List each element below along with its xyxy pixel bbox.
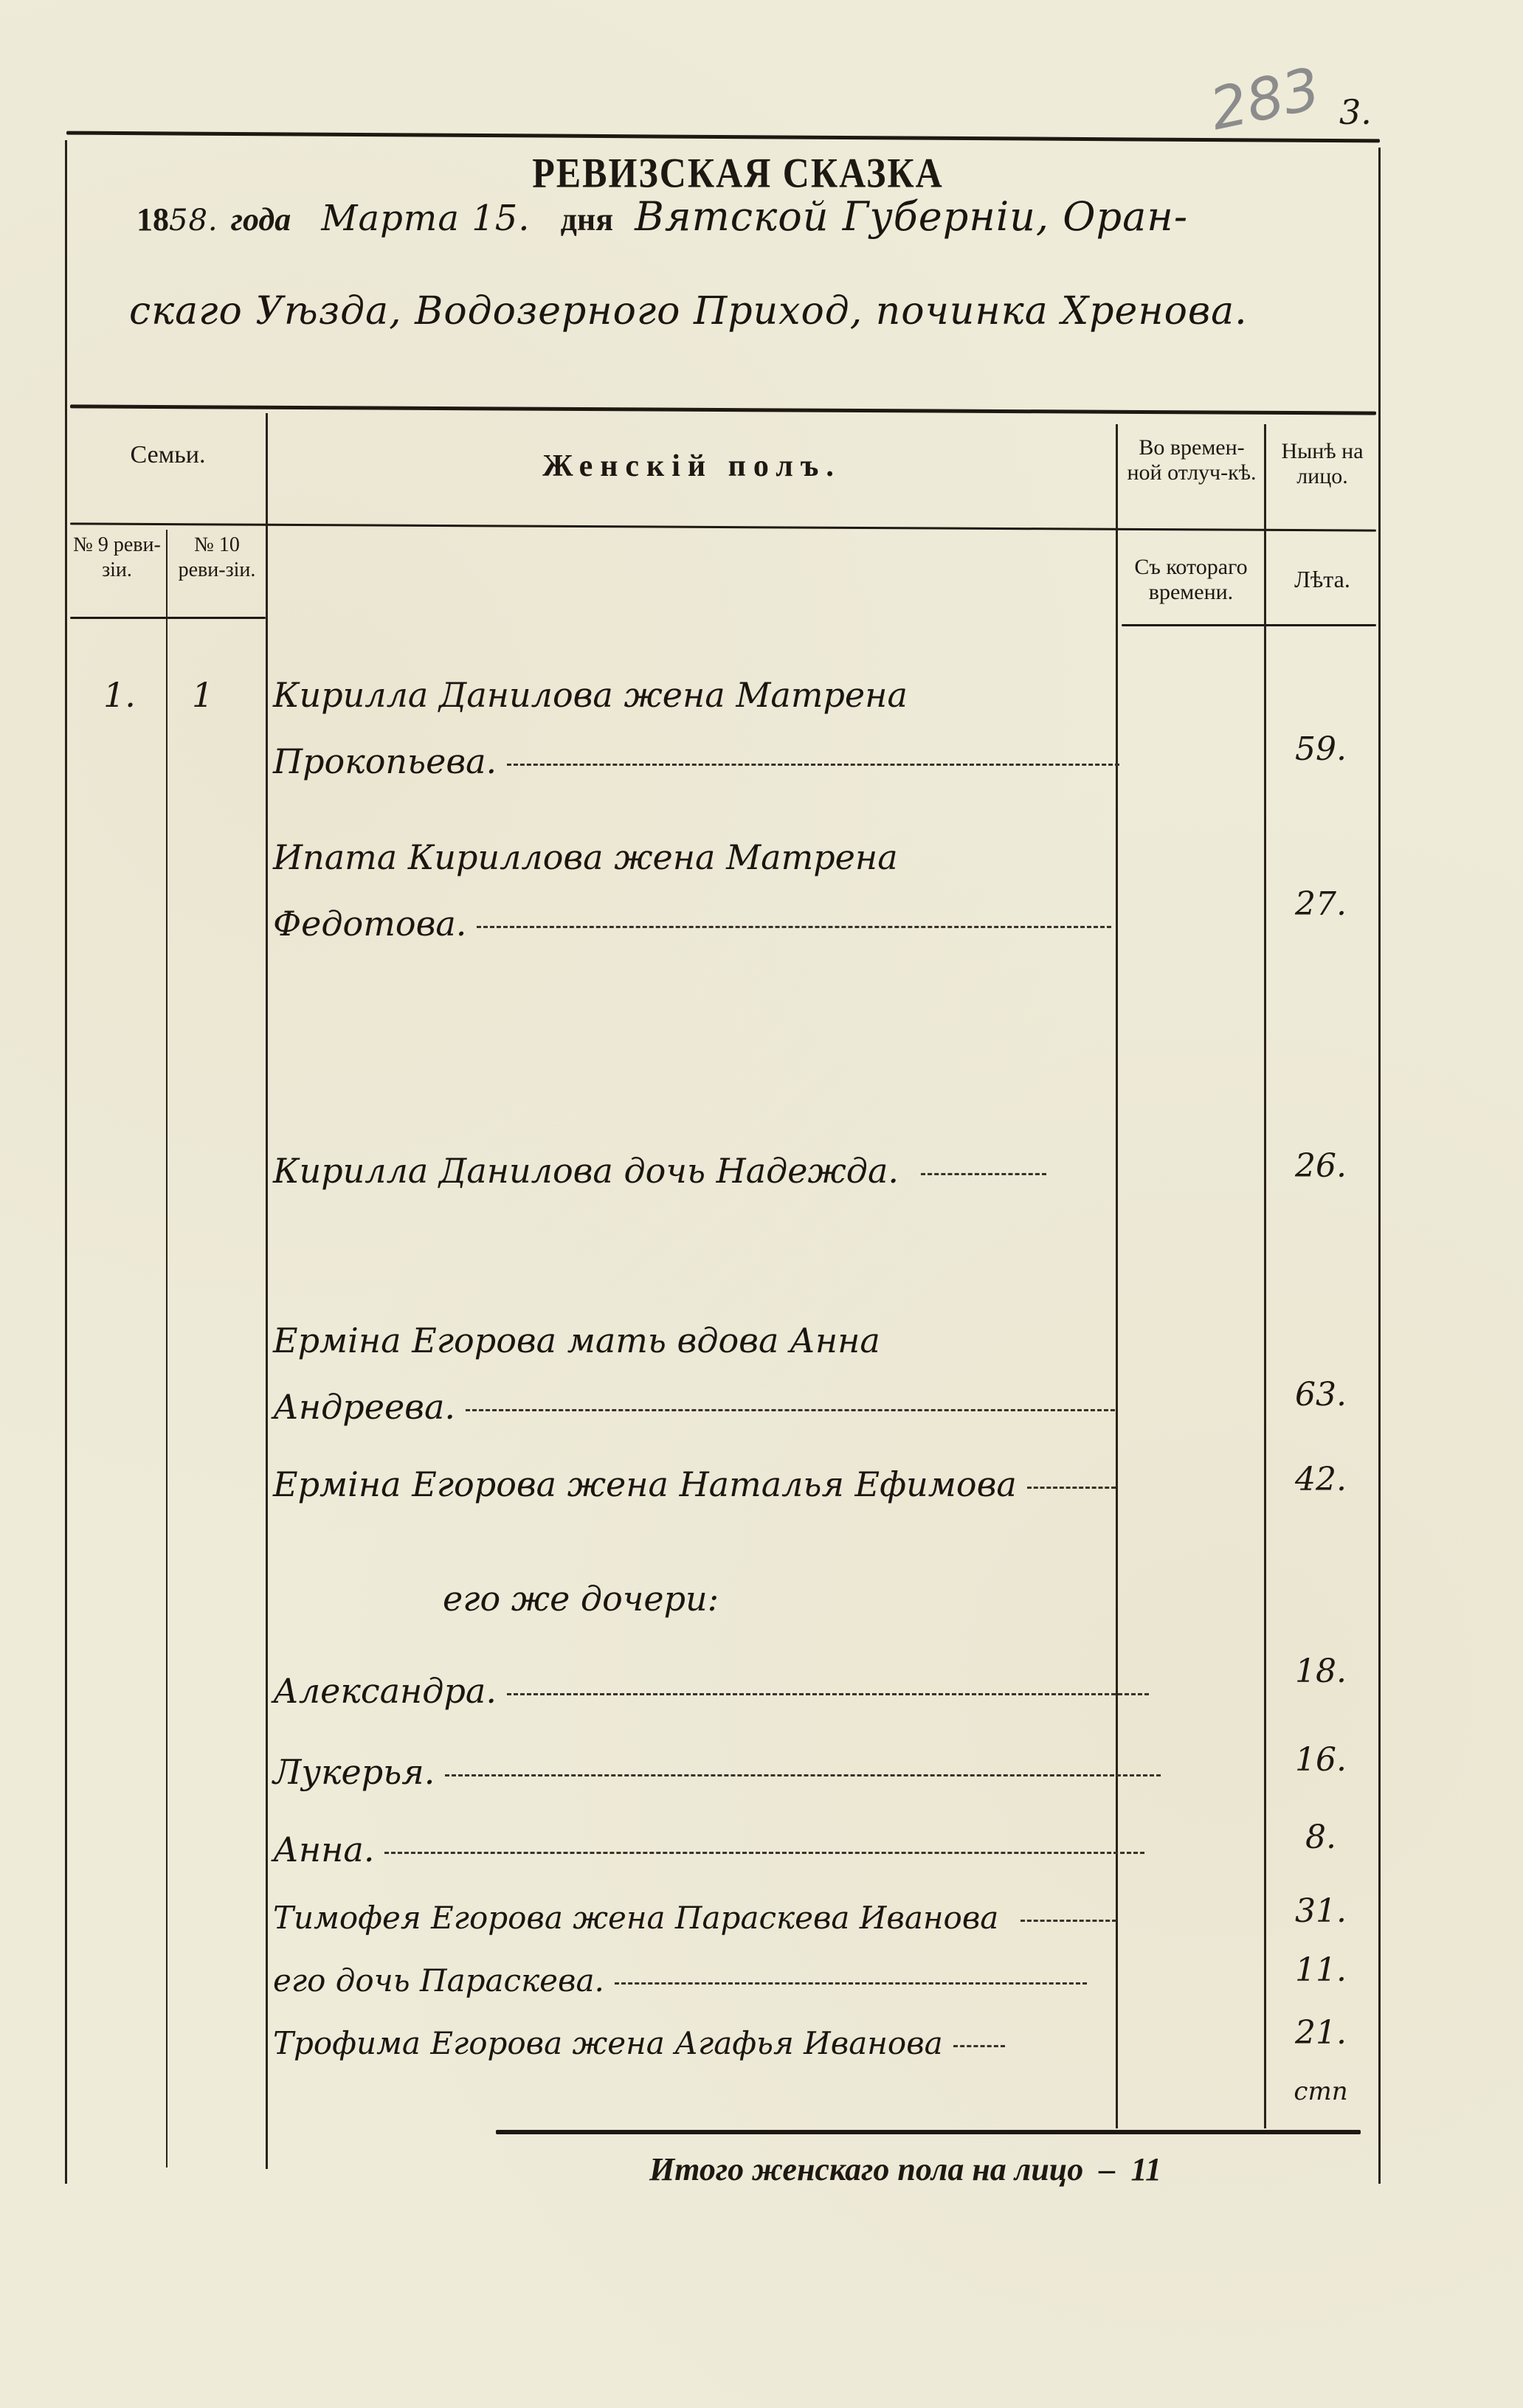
total-row: Итого женскаго пола на лицо – 11 (649, 2151, 1161, 2188)
pencil-folio-number: 283 (1204, 56, 1325, 144)
filler-dashes (1020, 1919, 1116, 1922)
entry-text: Лукерья. (273, 1752, 435, 1792)
entry-text: его дочь Параскева. (273, 1962, 604, 1999)
entry-line: Андреева. (273, 1387, 1107, 1427)
age-value: 59. (1280, 730, 1361, 768)
age-value: 21. (1280, 2014, 1361, 2052)
filler-dashes (477, 925, 1111, 928)
entry-line: Трофима Егорова жена Агафья Иванова (273, 2025, 1107, 2061)
entry-subheading: его же дочери: (443, 1579, 719, 1619)
header-families: Семьи. (70, 443, 266, 468)
column-note: стп (1280, 2077, 1361, 2106)
total-value: 11 (1130, 2151, 1161, 2187)
month-day: Марта 15. (321, 198, 530, 239)
entry-text: Александра. (273, 1671, 497, 1711)
age-value: 42. (1280, 1461, 1361, 1498)
filler-dashes (953, 2044, 1005, 2047)
header-rev10: № 10 реви-зіи. (168, 533, 266, 583)
entry-text: Кирилла Данилова дочь Надежда. (273, 1151, 899, 1191)
frame-right (1378, 148, 1381, 2184)
entry-line: Анна. (273, 1830, 1107, 1869)
heading-line-1: 1858. года Марта 15. дня Вятской Губерні… (137, 193, 1376, 240)
age-value: 16. (1280, 1741, 1361, 1779)
year-printed: 18 (137, 201, 169, 238)
filler-dashes (615, 1982, 1087, 1985)
header-rev9: № 9 реви-зіи. (68, 533, 166, 583)
entry-line: Тимофея Егорова жена Параскева Иванова (273, 1900, 1107, 1936)
year-handwritten: 58. (169, 204, 218, 238)
year-word: года (231, 201, 291, 238)
province: Вятской Губерніи, Оран- (635, 193, 1188, 240)
entry-text: Трофима Егорова жена Агафья Иванова (273, 2025, 943, 2061)
age-value: 27. (1280, 885, 1361, 923)
entry-line: Кирилла Данилова жена Матрена (273, 675, 1107, 715)
header-since-when: Съ котораго времени. (1120, 555, 1262, 605)
entry-text: Федотова. (273, 904, 466, 944)
filler-dashes (466, 1408, 1115, 1411)
ink-folio-number: 3. (1339, 92, 1372, 132)
header-present: Нынѣ на лицо. (1268, 439, 1377, 489)
bottom-total-rule (496, 2130, 1361, 2134)
entry-text: Анна. (273, 1830, 374, 1869)
entry-line: Ерміна Егорова жена Наталья Ефимова (273, 1464, 1107, 1504)
entry-line: Кирилла Данилова дочь Надежда. (273, 1151, 1107, 1191)
age-value: 18. (1280, 1653, 1361, 1690)
col-divider-families-female (266, 413, 268, 2169)
age-value: 31. (1280, 1892, 1361, 1930)
entry-line: Лукерья. (273, 1752, 1107, 1792)
age-value: 8. (1280, 1819, 1361, 1856)
document-title: РЕВИЗСКАЯ СКАЗКА (443, 148, 1033, 198)
age-value: 63. (1280, 1376, 1361, 1414)
header-years: Лѣта. (1268, 567, 1377, 592)
entry-line: его дочь Параскева. (273, 1962, 1107, 1999)
filler-dashes (507, 763, 1119, 766)
age-value: 26. (1280, 1147, 1361, 1185)
top-rule (66, 131, 1380, 143)
filler-dashes (384, 1851, 1144, 1854)
entry-text: Андреева. (273, 1387, 455, 1427)
filler-dashes (507, 1692, 1149, 1695)
entry-text: Тимофея Егорова жена Параскева Иванова (273, 1900, 998, 1936)
col-divider-rev9-rev10 (166, 530, 168, 2167)
subheader-left-rule (70, 617, 266, 619)
heading-line-2: скаго Уѣзда, Водозерного Приход, починка… (129, 289, 1248, 333)
age-value: 11. (1280, 1951, 1361, 1989)
entry-text: Прокопьева. (273, 741, 497, 781)
entry-line: Ерміна Егорова мать вдова Анна (273, 1321, 1107, 1360)
col-divider-female-absence (1116, 424, 1118, 2128)
entry-line: Александра. (273, 1671, 1107, 1711)
total-label: Итого женскаго пола на лицо (649, 2151, 1083, 2187)
family-number-rev9: 1. (103, 675, 136, 715)
filler-dashes (921, 1172, 1046, 1175)
col-divider-absence-present (1264, 424, 1266, 2128)
entry-line: Федотова. (273, 904, 1107, 944)
day-word: дня (561, 201, 613, 238)
filler-dashes (1027, 1486, 1116, 1489)
filler-dashes (445, 1774, 1161, 1776)
entry-line: Ипата Кириллова жена Матрена (273, 837, 1107, 877)
header-female-sex: Женскій полъ. (269, 449, 1114, 484)
header-temporary-absence: Во времен-ной отлуч-кѣ. (1122, 435, 1262, 485)
entry-text: Ерміна Егорова жена Наталья Ефимова (273, 1464, 1017, 1504)
frame-left (65, 140, 67, 2184)
family-number-rev10: 1 (192, 675, 213, 715)
total-dash: – (1099, 2151, 1115, 2187)
subheader-right-rule (1122, 624, 1376, 626)
entry-line: Прокопьева. (273, 741, 1107, 781)
